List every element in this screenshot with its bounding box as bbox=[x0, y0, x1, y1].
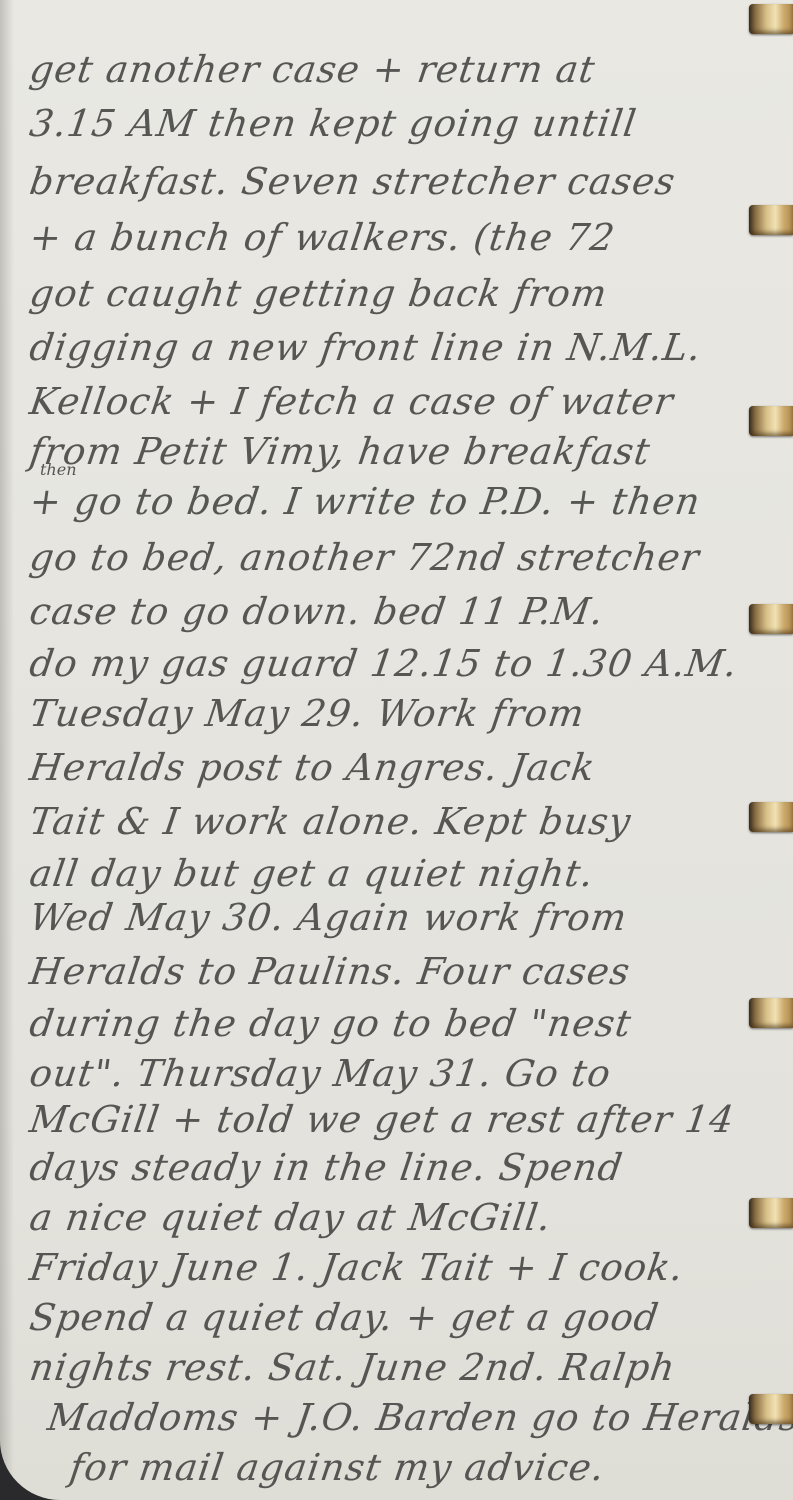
spiral-binding-ring-icon bbox=[749, 604, 793, 634]
handwritten-line: nights rest. Sat. June 2nd. Ralph bbox=[27, 1346, 678, 1389]
handwritten-line: 3.15 AM then kept going untill bbox=[27, 102, 639, 145]
handwritten-line: do my gas guard 12.15 to 1.30 A.M. bbox=[27, 642, 741, 685]
spiral-binding-ring-icon bbox=[749, 998, 793, 1028]
handwritten-line: get another case + return at bbox=[27, 48, 598, 91]
handwritten-line: Kellock + I fetch a case of water bbox=[27, 380, 677, 423]
handwritten-line: Wed May 30. Again work from bbox=[27, 896, 630, 939]
handwritten-line: a nice quiet day at McGill. bbox=[27, 1196, 554, 1239]
handwritten-line: Heralds to Paulins. Four cases bbox=[27, 950, 633, 993]
handwritten-line: go to bed, another 72nd stretcher bbox=[27, 536, 702, 579]
handwritten-line: + go to bed. I write to P.D. + then bbox=[27, 480, 703, 523]
interlinear-note: then bbox=[40, 460, 77, 479]
handwritten-line: out". Thursday May 31. Go to bbox=[27, 1052, 614, 1095]
handwritten-line: case to go down. bed 11 P.M. bbox=[27, 590, 607, 633]
handwritten-line: Heralds post to Angres. Jack bbox=[27, 746, 598, 789]
handwritten-line: from Petit Vimy, have breakfast bbox=[27, 430, 653, 473]
notebook-page: get another case + return at 3.15 AM the… bbox=[0, 0, 793, 1500]
handwritten-line: days steady in the line. Spend bbox=[27, 1146, 626, 1189]
handwritten-line: during the day go to bed "nest bbox=[27, 1002, 634, 1045]
handwritten-line: Spend a quiet day. + get a good bbox=[27, 1296, 662, 1339]
handwritten-line: McGill + told we get a rest after 14 bbox=[27, 1098, 737, 1141]
handwritten-line: Friday June 1. Jack Tait + I cook. bbox=[27, 1246, 687, 1289]
spiral-binding-ring-icon bbox=[749, 205, 793, 235]
handwritten-line: Tait & I work alone. Kept busy bbox=[27, 800, 634, 843]
handwritten-line: digging a new front line in N.M.L. bbox=[27, 326, 704, 369]
handwritten-line: all day but get a quiet night. bbox=[27, 852, 597, 895]
handwritten-line: Maddoms + J.O. Barden go to Heralds bbox=[45, 1396, 793, 1439]
handwritten-line: + a bunch of walkers. (the 72 bbox=[27, 216, 618, 259]
spiral-binding-ring-icon bbox=[749, 802, 793, 832]
spiral-binding-ring-icon bbox=[749, 4, 793, 34]
spiral-binding-ring-icon bbox=[749, 1198, 793, 1228]
handwritten-line: for mail against my advice. bbox=[67, 1446, 608, 1489]
handwritten-line: breakfast. Seven stretcher cases bbox=[27, 160, 678, 203]
spiral-binding-ring-icon bbox=[749, 1394, 793, 1424]
spiral-binding-ring-icon bbox=[749, 406, 793, 436]
handwritten-line: Tuesday May 29. Work from bbox=[27, 692, 587, 735]
handwritten-line: got caught getting back from bbox=[27, 272, 610, 315]
